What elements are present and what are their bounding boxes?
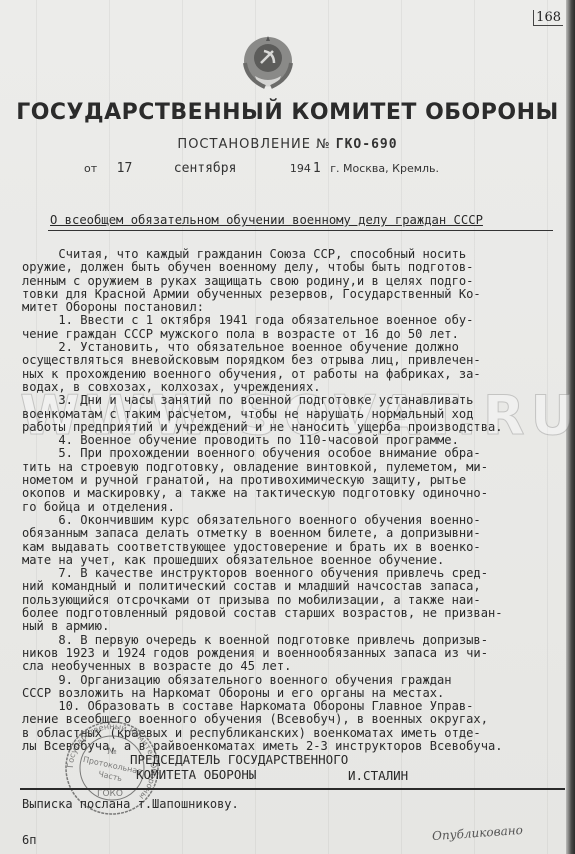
body-line: сла необученных в возрасте до 45 лет. (22, 660, 552, 673)
body-line: окопов и маскировку, а также на тактичес… (22, 487, 552, 500)
body-line: ний командный и политический состав и мл… (22, 580, 552, 593)
body-line: кам выдавать соответствующее удостоверен… (22, 541, 552, 554)
body-line: 1. Ввести с 1 октября 1941 года обязател… (22, 314, 552, 327)
body-line: более подготовленный рядовой состав стар… (22, 607, 552, 620)
decree-body: Считая, что каждый гражданин Союза ССР, … (22, 248, 552, 753)
body-line: нометом и ручной гранатой, на противохим… (22, 474, 552, 487)
date-prefix: от (84, 162, 97, 175)
decree-label: ПОСТАНОВЛЕНИЕ № ГКО-690 (0, 137, 575, 152)
body-line: СССР возложить на Наркомат Обороны и его… (22, 687, 552, 700)
signature-title-1: ПРЕДСЕДАТЕЛЬ ГОСУДАРСТВЕННОГО (130, 752, 348, 767)
body-line: ный в армию. (22, 620, 552, 633)
archive-page-number: 168 (533, 10, 563, 26)
body-line: 5. При прохождении военного обучения осо… (22, 447, 552, 460)
body-line: осуществляться вневойсковым порядком без… (22, 354, 552, 367)
body-line: митет Обороны постановил: (22, 301, 552, 314)
body-line: 2. Установить, что обязательное военное … (22, 341, 552, 354)
date-year-suffix: 1 (313, 161, 321, 176)
decree-date-line: от 17 сентября 1941 г. Москва, Кремль. (84, 161, 445, 176)
decree-heading: О всеобщем обязательном обучении военном… (50, 213, 483, 227)
body-line: чение граждан СССР мужского пола в возра… (22, 328, 552, 341)
body-line: 6. Окончившим курс обязательного военног… (22, 514, 552, 527)
body-line: ных к прохождению военного обучения, от … (22, 368, 552, 381)
signature-block: ПРЕДСЕДАТЕЛЬ ГОСУДАРСТВЕННОГО КОМИТЕТА О… (130, 752, 348, 782)
body-line: военкоматам с таким расчетом, чтобы не н… (22, 408, 552, 421)
decree-number: ГКО-690 (336, 137, 398, 152)
body-line: 3. Дни и часы занятий по военной подгото… (22, 394, 552, 407)
date-day: 17 (117, 161, 133, 176)
heading-underline (48, 230, 553, 231)
signature-title-2: КОМИТЕТА ОБОРОНЫ (136, 767, 256, 782)
handwritten-annotation: Опубликовано (432, 823, 524, 843)
body-line: оружие, должен быть обучен военному делу… (22, 261, 552, 274)
decree-prefix: ПОСТАНОВЛЕНИЕ № (177, 137, 330, 152)
body-line: обязанным запаса делать отметку в военно… (22, 527, 552, 540)
body-line: 4. Военное обучение проводить по 110-час… (22, 434, 552, 447)
date-year-prefix: 194 (290, 162, 311, 175)
sheet-mark: 6п (22, 833, 36, 847)
body-line: работы предприятий и учреждений и не нан… (22, 421, 552, 434)
body-line: мате на учет, как прошедших обязательное… (22, 554, 552, 567)
footer-rule (20, 788, 565, 790)
body-line: 10. Образовать в составе Наркомата Оборо… (22, 700, 552, 713)
body-line: ленным с оружием в руках защищать свою р… (22, 275, 552, 288)
body-line: го бойца и отделения. (22, 501, 552, 514)
body-line: тить на строевую подготовку, овладение в… (22, 461, 552, 474)
body-line: 9. Организацию обязательного военного об… (22, 674, 552, 687)
body-line: Считая, что каждый гражданин Союза ССР, … (22, 248, 552, 261)
date-place: г. Москва, Кремль. (330, 162, 439, 175)
body-line: водах, в совхозах, колхозах, учреждениях… (22, 381, 552, 394)
body-line: ников 1923 и 1924 годов рождения и военн… (22, 647, 552, 660)
body-line: 7. В качестве инструкторов военного обуч… (22, 567, 552, 580)
ussr-emblem-icon (239, 33, 297, 93)
stamp-number-sign: № (107, 747, 116, 757)
signatory-name: И.СТАЛИН (348, 768, 408, 783)
date-month: сентября (174, 161, 237, 176)
body-line: 8. В первую очередь к военной подготовке… (22, 634, 552, 647)
document-title: ГОСУДАРСТВЕННЫЙ КОМИТЕТ ОБОРОНЫ (0, 100, 575, 125)
body-line: товки для Красной Армии обученных резерв… (22, 288, 552, 301)
distribution-note: Выписка послана т.Шапошникову. (22, 797, 239, 811)
document-page: 168 ГОСУДАРСТВЕННЫЙ КОМИТЕТ ОБОРОНЫ ПОСТ… (0, 0, 575, 854)
body-line: пользующийся отсрочками от призыва по мо… (22, 594, 552, 607)
